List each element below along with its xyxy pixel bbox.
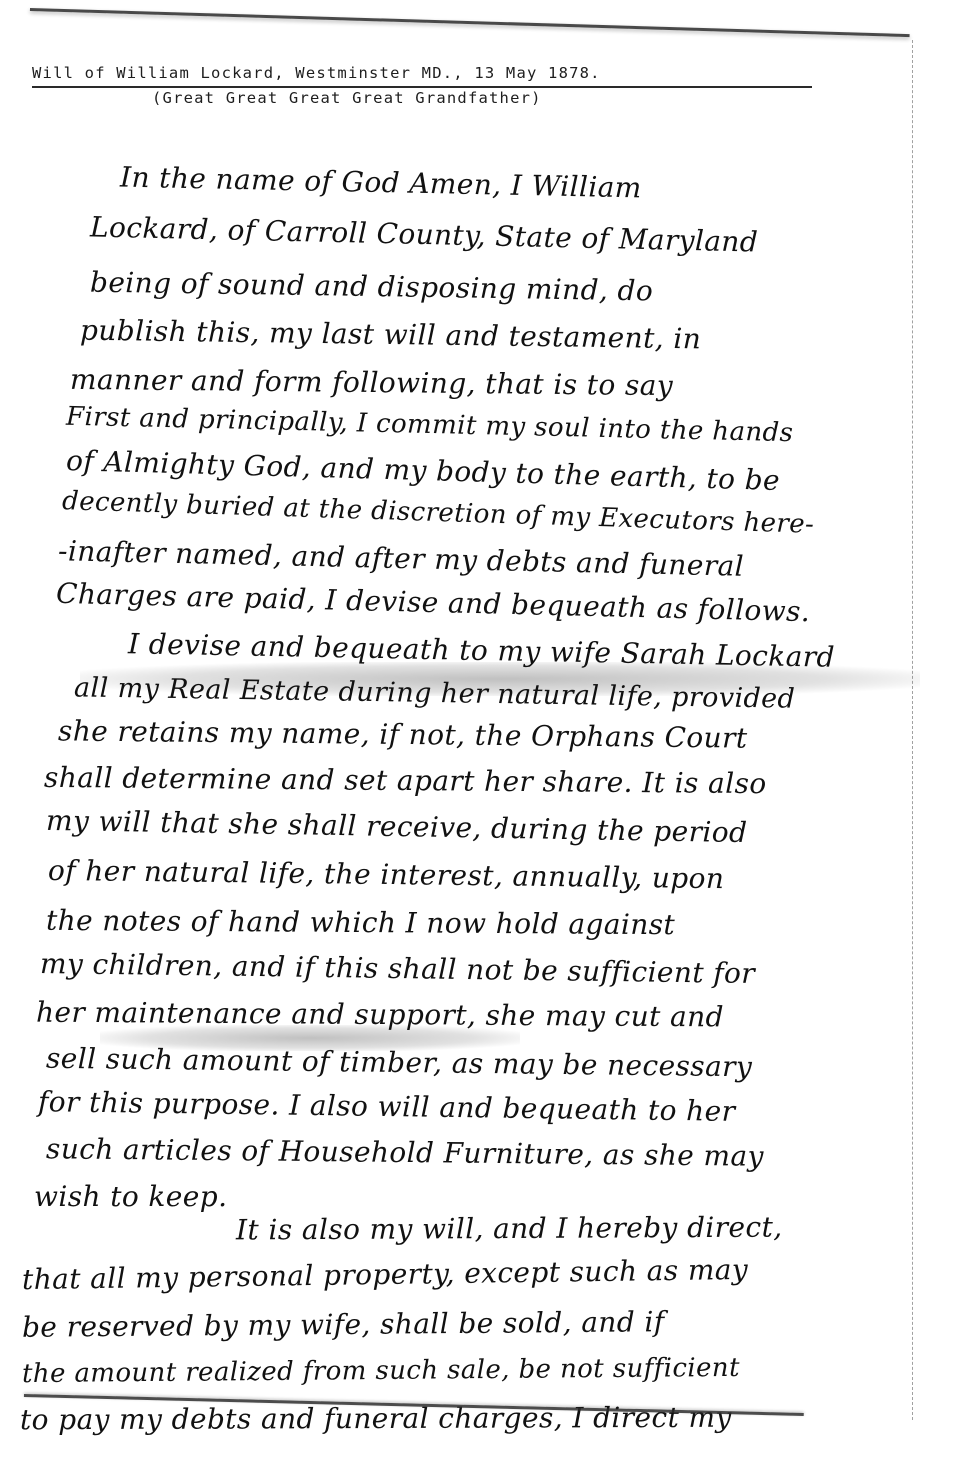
will-line: to pay my debts and funeral charges, I d… [20,1401,732,1436]
will-line: Charges are paid, I devise and bequeath … [56,577,811,628]
will-line: -inafter named, and after my debts and f… [58,534,745,583]
will-line: be reserved by my wife, shall be sold, a… [22,1305,665,1344]
will-line: my will that she shall receive, during t… [46,804,748,849]
will-line: for this purpose. I also will and bequea… [38,1085,736,1128]
document-header: Will of William Lockard, Westminster MD.… [32,64,812,107]
will-line: Lockard, of Carroll County, State of Mar… [90,210,759,258]
will-line: wish to keep. [34,1180,227,1213]
page-top-edge-shadow [30,8,910,37]
will-line: publish this, my last will and testament… [80,314,702,356]
will-line: the amount realized from such sale, be n… [22,1353,740,1389]
page-right-edge [912,40,913,1420]
will-line: my children, and if this shall not be su… [40,947,756,990]
will-line: shall determine and set apart her share.… [44,761,767,800]
will-line: First and principally, I commit my soul … [66,402,794,448]
will-line: In the name of God Amen, I William [120,161,642,205]
will-line: being of sound and disposing mind, do [90,266,654,308]
document-subtitle: (Great Great Great Great Grandfather) [152,89,812,107]
will-line: I devise and bequeath to my wife Sarah L… [128,627,835,674]
will-line: she retains my name, if not, the Orphans… [58,714,748,754]
will-line: sell such amount of timber, as may be ne… [46,1042,753,1084]
will-line: that all my personal property, except su… [22,1253,749,1296]
will-line: the notes of hand which I now hold again… [46,904,675,941]
will-line: of her natural life, the interest, annua… [48,854,725,895]
will-line: such articles of Household Furniture, as… [46,1132,764,1173]
will-line: It is also my will, and I hereby direct, [236,1211,783,1247]
document-title: Will of William Lockard, Westminster MD.… [32,64,812,88]
will-line: manner and form following, that is to sa… [70,363,673,402]
will-line: her maintenance and support, she may cut… [36,996,724,1034]
will-line: all my Real Estate during her natural li… [74,672,796,714]
